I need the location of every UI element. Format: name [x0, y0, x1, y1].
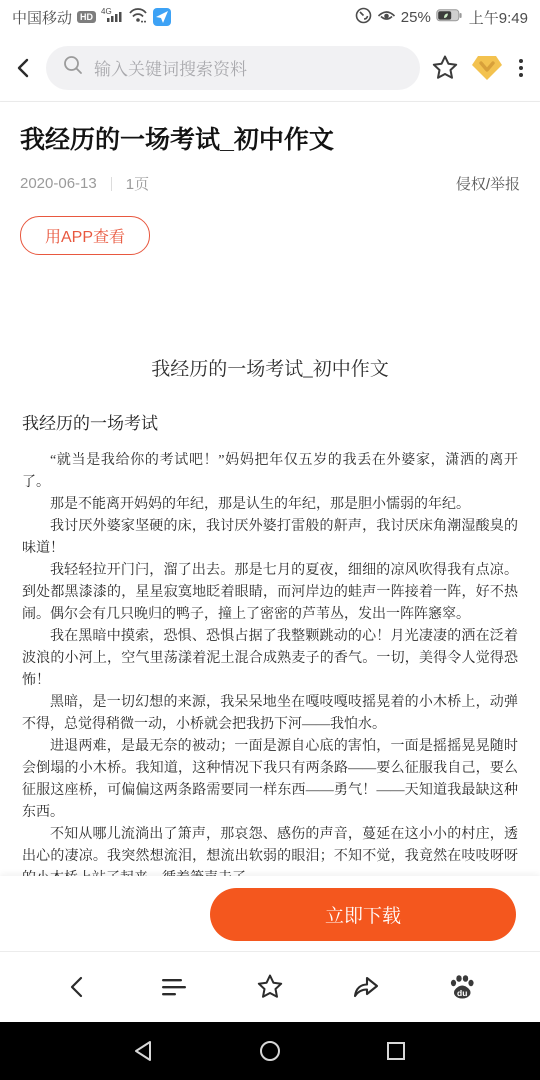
- android-nav-bar: [0, 1022, 540, 1080]
- toolbar-star-icon[interactable]: [250, 967, 290, 1007]
- overflow-menu-icon[interactable]: [514, 59, 528, 77]
- paragraph: 黑暗，是一切幻想的来源，我呆呆地坐在嘎吱嘎吱摇晃着的小木桥上，动弹不得，总觉得稍…: [22, 692, 518, 736]
- battery-icon: [436, 9, 462, 26]
- messenger-app-icon: [153, 8, 171, 26]
- baidu-logo-icon[interactable]: du: [442, 967, 482, 1007]
- paragraph: 我轻轻拉开门闩，溜了出去。那是七月的夏夜，细细的凉风吹得我有点凉。到处都黑漆漆的…: [22, 560, 518, 626]
- favorite-star-icon[interactable]: [430, 53, 460, 83]
- carrier-label: 中国移动: [12, 7, 72, 28]
- back-icon[interactable]: [12, 56, 36, 80]
- paragraph: 不知从哪儿流淌出了箫声，那哀怨、感伤的声音，蔓延在这小小的村庄，透出心的凄凉。我…: [22, 824, 518, 876]
- battery-percent-label: 25%: [401, 9, 431, 26]
- eye-comfort-icon: [377, 8, 396, 26]
- paragraph: 我讨厌外婆家坚硬的床，我讨厌外婆打雷般的鼾声，我讨厌床角潮湿酸臭的味道！: [22, 516, 518, 560]
- nav-home-icon[interactable]: [253, 1034, 287, 1068]
- search-placeholder: 输入关键词搜索资料: [94, 55, 247, 80]
- nav-recents-icon[interactable]: [379, 1034, 413, 1068]
- paragraph: 我在黑暗中摸索，恐惧、恐惧占据了我整颗跳动的心！月光凄凄的洒在泛着波浪的小河上，…: [22, 626, 518, 692]
- status-bar: 中国移动 HD 4G: [0, 0, 540, 34]
- meta-divider: [111, 177, 112, 191]
- document-heading: 我经历的一场考试: [22, 409, 518, 434]
- search-icon: [62, 54, 84, 81]
- toolbar-contents-icon[interactable]: [154, 967, 194, 1007]
- search-input[interactable]: 输入关键词搜索资料: [46, 46, 420, 90]
- hd-badge: HD: [77, 11, 96, 23]
- paragraph: 进退两难，是最无奈的被动；一面是源自心底的害怕，一面是摇摇晃晃随时会倒塌的小木桥…: [22, 736, 518, 824]
- publish-date: 2020-06-13: [20, 175, 97, 192]
- document-body: “就当是我给你的考试吧！”妈妈把年仅五岁的我丢在外婆家，潇洒的离开了。 那是不能…: [22, 450, 518, 876]
- toolbar-share-icon[interactable]: [346, 967, 386, 1007]
- phone-screen: 中国移动 HD 4G: [0, 0, 540, 1080]
- top-app-bar: 输入关键词搜索资料: [0, 34, 540, 102]
- report-link[interactable]: 侵权/举报: [456, 173, 520, 194]
- wifi-icon: [128, 7, 148, 27]
- page-count: 1页: [126, 173, 149, 194]
- vip-diamond-icon[interactable]: [470, 53, 504, 83]
- document-info-panel: 我经历的一场考试_初中作文 2020-06-13 1页 侵权/举报 用APP查看: [0, 102, 540, 292]
- download-bar: 立即下载: [0, 876, 540, 952]
- view-in-app-button[interactable]: 用APP查看: [20, 216, 150, 255]
- baidu-logo-label: du: [457, 988, 467, 998]
- network-type-label: 4G: [101, 7, 112, 16]
- paragraph: 那是不能离开妈妈的年纪，那是认生的年纪，那是胆小懦弱的年纪。: [22, 494, 518, 516]
- paragraph: “就当是我给你的考试吧！”妈妈把年仅五岁的我丢在外婆家，潇洒的离开了。: [22, 450, 518, 494]
- nav-back-icon[interactable]: [127, 1034, 161, 1068]
- signal-icon: 4G: [101, 7, 123, 27]
- bottom-toolbar: du: [0, 952, 540, 1022]
- document-page: 我经历的一场考试_初中作文 我经历的一场考试 “就当是我给你的考试吧！”妈妈把年…: [0, 292, 540, 876]
- toolbar-back-icon[interactable]: [58, 967, 98, 1007]
- page-title: 我经历的一场考试_初中作文: [20, 122, 520, 158]
- data-usage-icon: [355, 7, 372, 28]
- download-now-button[interactable]: 立即下载: [210, 888, 516, 941]
- document-title: 我经历的一场考试_初中作文: [22, 354, 518, 381]
- clock-label: 上午9:49: [469, 7, 528, 28]
